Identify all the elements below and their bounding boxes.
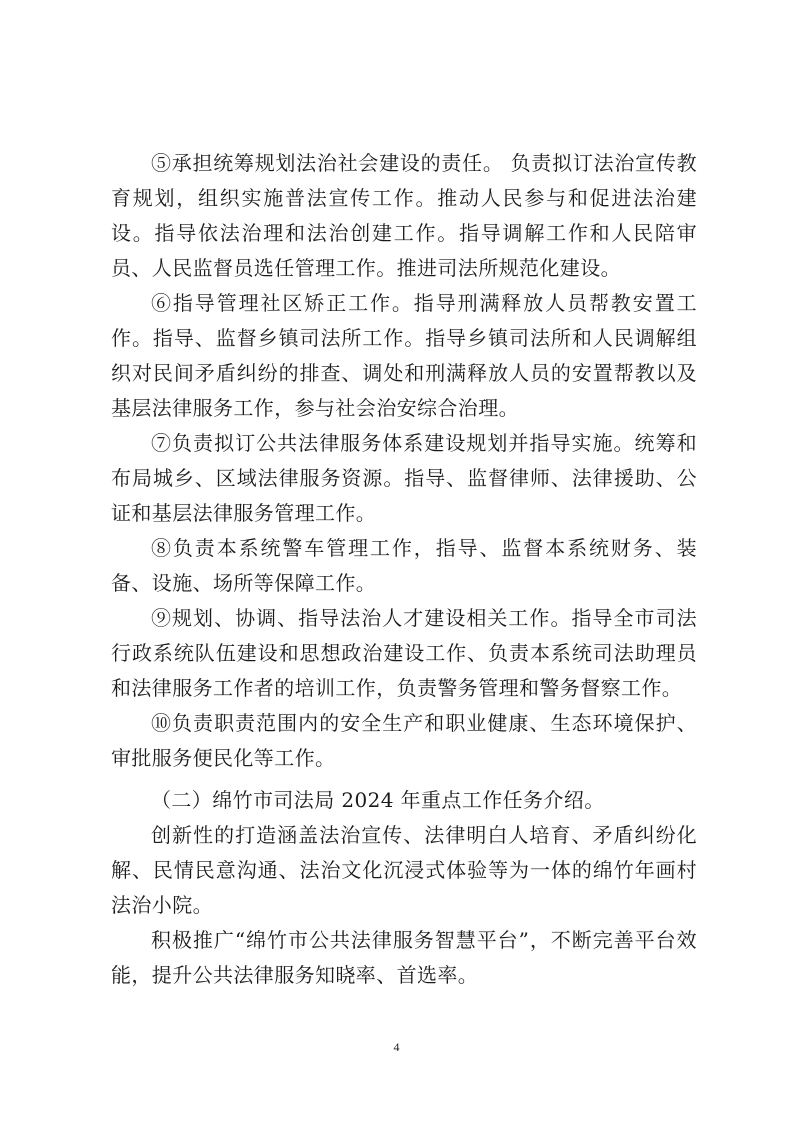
duty-item-8: ⑧负责本系统警车管理工作，指导、监督本系统财务、装备、设施、场所等保障工作。 (111, 531, 697, 601)
section-paragraph: 积极推广“绵竹市公共法律服务智慧平台”，不断完善平台效能，提升公共法律服务知晓率… (111, 923, 697, 993)
duty-item-10: ⑩负责职责范围内的安全生产和职业健康、生态环境保护、审批服务便民化等工作。 (111, 706, 697, 776)
page-number: 4 (0, 1040, 793, 1055)
duty-item-7: ⑦负责拟订公共法律服务体系建设规划并指导实施。统筹和布局城乡、区域法律服务资源。… (111, 426, 697, 531)
section-heading: （二）绵竹市司法局 2024 年重点工作任务介绍。 (111, 783, 697, 818)
duty-item-6: ⑥指导管理社区矫正工作。指导刑满释放人员帮教安置工作。指导、监督乡镇司法所工作。… (111, 286, 697, 426)
duty-item-9: ⑨规划、协调、指导法治人才建设相关工作。指导全市司法行政系统队伍建设和思想政治建… (111, 601, 697, 706)
document-body: ⑤承担统筹规划法治社会建设的责任。 负责拟订法治宣传教育规划，组织实施普法宣传工… (111, 146, 697, 993)
document-page: ⑤承担统筹规划法治社会建设的责任。 负责拟订法治宣传教育规划，组织实施普法宣传工… (0, 0, 793, 1122)
section-paragraph: 创新性的打造涵盖法治宣传、法律明白人培育、矛盾纠纷化解、民情民意沟通、法治文化沉… (111, 818, 697, 923)
duty-item-5: ⑤承担统筹规划法治社会建设的责任。 负责拟订法治宣传教育规划，组织实施普法宣传工… (111, 146, 697, 286)
